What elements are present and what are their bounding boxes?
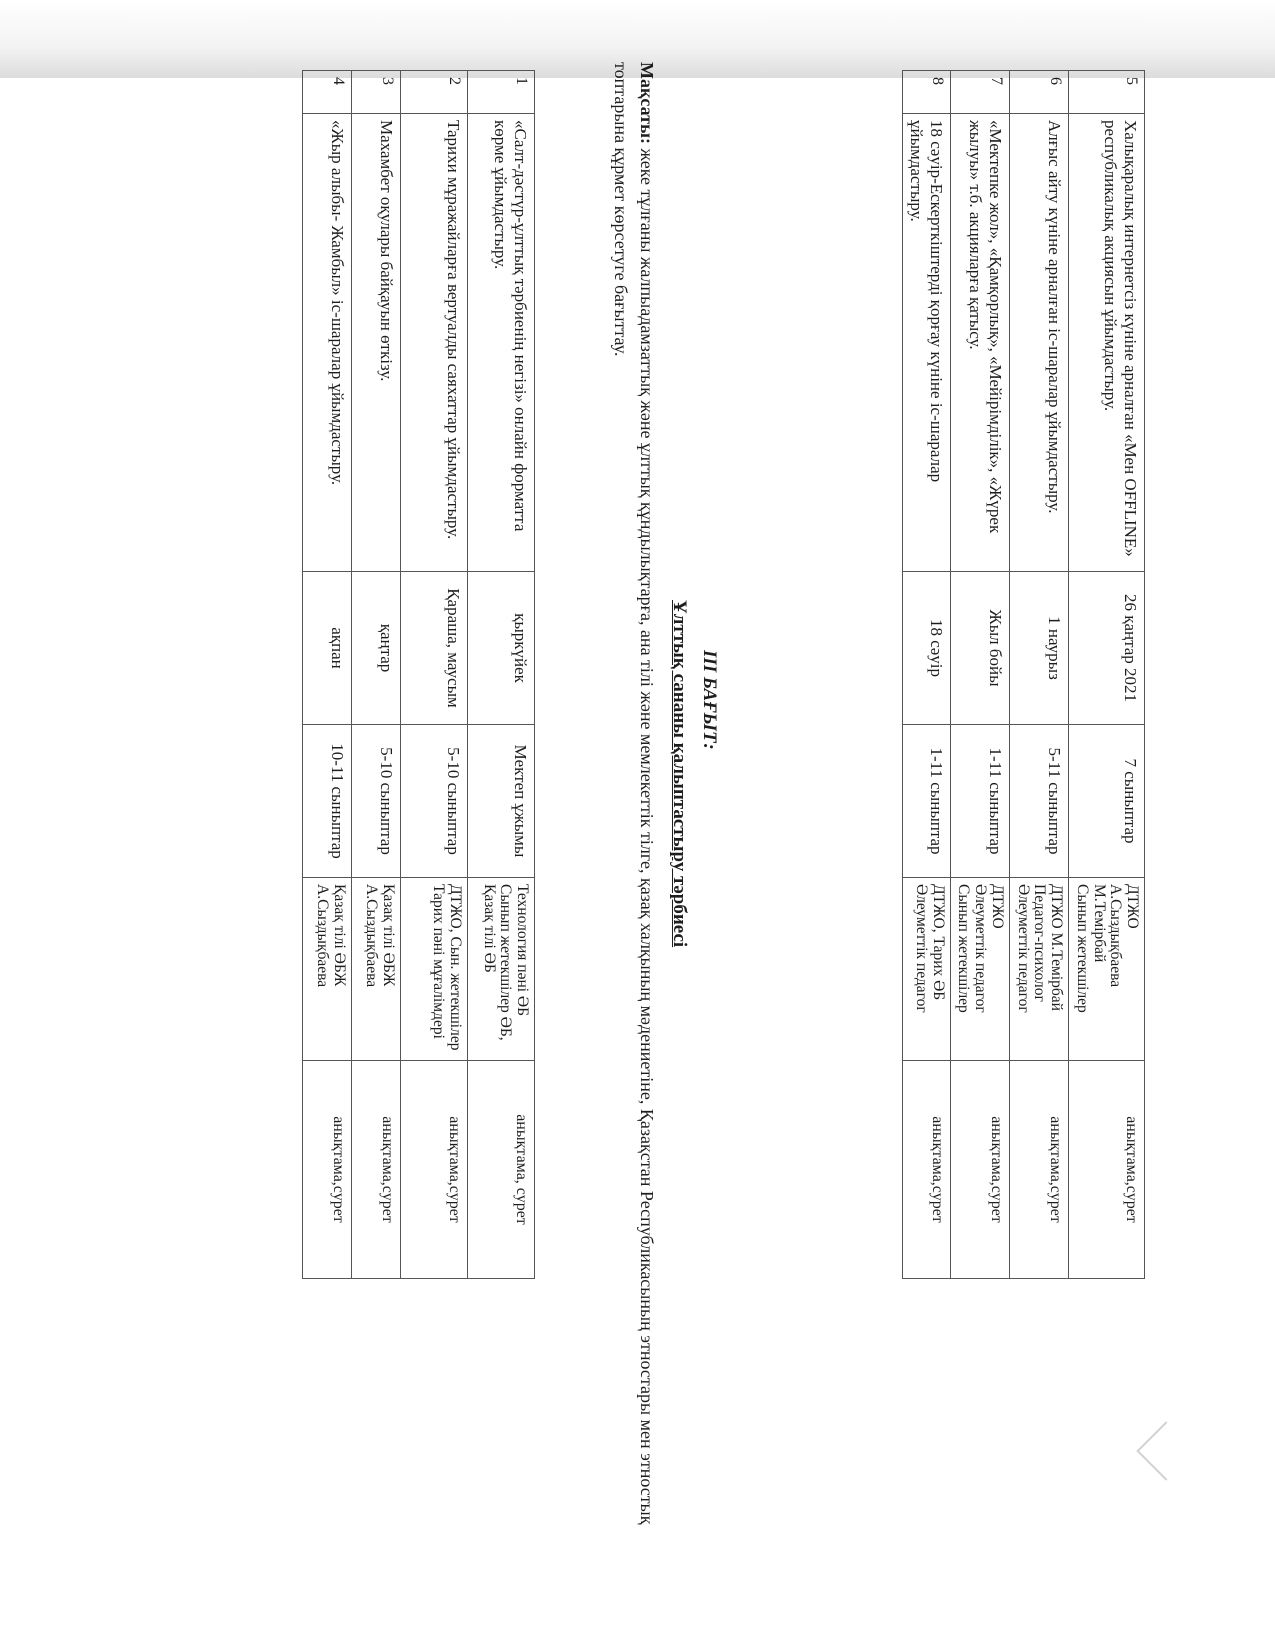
responsible-cell: ДТЖО, Сын. жетекшілер Тарих пәні мұғалім… xyxy=(401,878,468,1061)
row-number: 7 xyxy=(950,71,1009,114)
table-row: 4 «Жыр алыбы- Жамбыл» іс-шаралар ұйымдас… xyxy=(303,71,352,1279)
row-number: 8 xyxy=(902,71,950,114)
date-cell: 1 наурыз xyxy=(1009,572,1068,725)
responsible-line: Сынып жетекшілер ӘБ, xyxy=(497,884,514,1054)
table-row: 8 18 сәуір-Ескерткіштерді қорғау күніне … xyxy=(902,71,950,1279)
responsible-line: Әлеуметтік педагог xyxy=(971,884,988,1054)
responsible-cell: ДТЖО А.Сыздықбаева М.Темірбай Сынып жете… xyxy=(1069,878,1145,1061)
rotated-document-page: 5 Халықаралық интернетсіз күніне арналға… xyxy=(0,0,1275,1650)
date-cell: 18 сәуір xyxy=(902,572,950,725)
responsible-cell: Қазақ тілі ӘБЖ А.Сыздықбаева xyxy=(303,878,352,1061)
row-number: 6 xyxy=(1009,71,1068,114)
event-cell: «Салт-дәстүр-ұлттық тәрбиенің негізі» он… xyxy=(468,114,535,572)
responsible-cell: Технология пәні ӘБ Сынып жетекшілер ӘБ, … xyxy=(468,878,535,1061)
responsible-line: А.Сыздықбаева xyxy=(363,884,380,1054)
table-row: 1 «Салт-дәстүр-ұлттық тәрбиенің негізі» … xyxy=(468,71,535,1279)
responsible-cell: Қазақ тілі ӘБЖ А.Сыздықбаева xyxy=(352,878,401,1061)
responsible-line: А.Сыздықбаева xyxy=(314,884,331,1054)
responsible-cell: ДТЖО М.Темірбай Педагог-психолог Әлеумет… xyxy=(1009,878,1068,1061)
row-number: 4 xyxy=(303,71,352,114)
responsible-line: Сынып жетекшілер xyxy=(1073,884,1090,1054)
date-cell: 26 қаңтар 2021 xyxy=(1069,572,1145,725)
responsible-line: ДТЖО xyxy=(988,884,1005,1054)
responsible-line: А.Сыздықбаева xyxy=(1107,884,1124,1054)
section-heading: III БАҒЫТ: xyxy=(698,650,720,750)
goal-paragraph: Мақсаты: жеке тұлғаны жалпыадамзаттық жә… xyxy=(608,62,660,1592)
responsible-line: Тарих пәні мұғалімдері xyxy=(430,884,447,1054)
goal-label: Мақсаты: xyxy=(637,62,657,144)
table-row: 2 Тарихи мұражайларға вертуалды саяхатта… xyxy=(401,71,468,1279)
responsible-cell: ДТЖО, Тарих ӘБ Әлеуметтік педагог xyxy=(902,878,950,1061)
event-cell: 18 сәуір-Ескерткіштерді қорғау күніне іс… xyxy=(902,114,950,572)
result-cell: анықтама,сурет xyxy=(303,1061,352,1279)
row-number: 3 xyxy=(352,71,401,114)
responsible-line: Қазақ тілі ӘБЖ xyxy=(379,884,396,1054)
responsible-line: Қазақ тілі ӘБ xyxy=(480,884,497,1054)
event-cell: Алғыс айту күніне арналған іс-шаралар ұй… xyxy=(1009,114,1068,572)
events-table-continued: 5 Халықаралық интернетсіз күніне арналға… xyxy=(902,70,1145,1279)
responsible-line: ДТЖО М.Темірбай xyxy=(1047,884,1064,1054)
table-row: 7 «Мектепке жол», «Қамқорлық», «Мейірімд… xyxy=(950,71,1009,1279)
target-cell: 5-10 сыныптар xyxy=(352,725,401,878)
responsible-line: ДТЖО, Тарих ӘБ xyxy=(929,884,946,1054)
responsible-line: Технология пәні ӘБ xyxy=(513,884,530,1054)
target-cell: 1-11 сыныптар xyxy=(902,725,950,878)
section-three-events-table: 1 «Салт-дәстүр-ұлттық тәрбиенің негізі» … xyxy=(302,70,535,1279)
result-cell: анықтама,сурет xyxy=(1069,1061,1145,1279)
date-cell: Жыл бойы xyxy=(950,572,1009,725)
result-cell: анықтама,сурет xyxy=(902,1061,950,1279)
row-number: 2 xyxy=(401,71,468,114)
target-cell: 1-11 сыныптар xyxy=(950,725,1009,878)
event-cell: Халықаралық интернетсіз күніне арналған … xyxy=(1069,114,1145,572)
event-cell: Махамбет оқулары байқауын өткізу. xyxy=(352,114,401,572)
responsible-line: ДТЖО, Сын. жетекшілер xyxy=(446,884,463,1054)
result-cell: анықтама,сурет xyxy=(352,1061,401,1279)
event-cell: «Жыр алыбы- Жамбыл» іс-шаралар ұйымдасты… xyxy=(303,114,352,572)
goal-text: жеке тұлғаны жалпыадамзаттық және ұлттық… xyxy=(611,62,657,1524)
date-cell: ақпан xyxy=(303,572,352,725)
table-row: 3 Махамбет оқулары байқауын өткізу. қаңт… xyxy=(352,71,401,1279)
target-cell: Мектеп ұжымы xyxy=(468,725,535,878)
date-cell: Қараша, маусым xyxy=(401,572,468,725)
result-cell: анықтама,сурет xyxy=(950,1061,1009,1279)
responsible-line: Әлеуметтік педагог xyxy=(912,884,929,1054)
event-cell: Тарихи мұражайларға вертуалды саяхаттар … xyxy=(401,114,468,572)
responsible-line: М.Темірбай xyxy=(1090,884,1107,1054)
date-cell: қаңтар xyxy=(352,572,401,725)
responsible-cell: ДТЖО Әлеуметтік педагог Сынып жетекшілер xyxy=(950,878,1009,1061)
responsible-line: Сынып жетекшілер xyxy=(955,884,972,1054)
responsible-line: Педагог-психолог xyxy=(1031,884,1048,1054)
row-number: 1 xyxy=(468,71,535,114)
responsible-line: Әлеуметтік педагог xyxy=(1014,884,1031,1054)
target-cell: 10-11 сыныптар xyxy=(303,725,352,878)
target-cell: 5-10 сыныптар xyxy=(401,725,468,878)
responsible-line: Қазақ тілі ӘБЖ xyxy=(330,884,347,1054)
table-row: 5 Халықаралық интернетсіз күніне арналға… xyxy=(1069,71,1145,1279)
result-cell: анықтама,сурет xyxy=(1009,1061,1068,1279)
table-row: 6 Алғыс айту күніне арналған іс-шаралар … xyxy=(1009,71,1068,1279)
date-cell: қыркүйек xyxy=(468,572,535,725)
event-cell: «Мектепке жол», «Қамқорлық», «Мейірімділ… xyxy=(950,114,1009,572)
responsible-line: ДТЖО xyxy=(1123,884,1140,1054)
section-subheading: Ұлттық сананы қалыптастыру тәрбиесі xyxy=(668,600,690,947)
result-cell: анықтама,сурет xyxy=(401,1061,468,1279)
target-cell: 7 сыныптар xyxy=(1069,725,1145,878)
target-cell: 5-11 сыныптар xyxy=(1009,725,1068,878)
row-number: 5 xyxy=(1069,71,1145,114)
result-cell: анықтама, сурет xyxy=(468,1061,535,1279)
